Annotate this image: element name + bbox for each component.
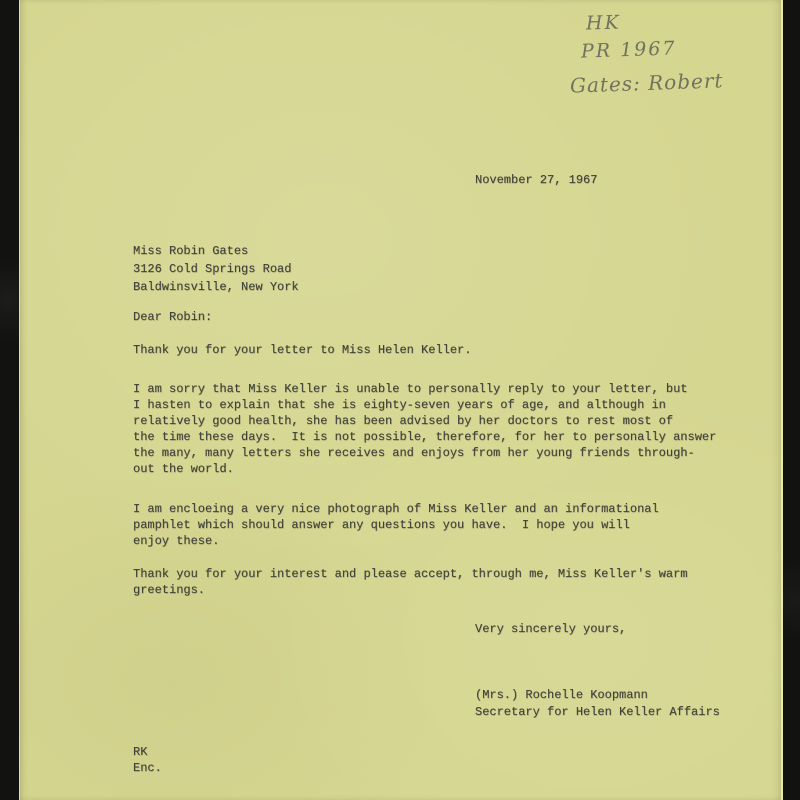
handwritten-annotation-pr-1967: PR 1967 <box>581 37 677 62</box>
handwritten-annotation-gates-robert: Gates: Robert <box>570 68 724 97</box>
salutation: Dear Robin: <box>133 309 212 325</box>
signature-block: (Mrs.) Rochelle Koopmann Secretary for H… <box>475 687 720 721</box>
recipient-address: Miss Robin Gates 3126 Cold Springs Road … <box>133 242 299 296</box>
closing-valediction: Very sincerely yours, <box>475 621 626 637</box>
body-paragraph-3: I am encloeing a very nice photograph of… <box>133 501 659 549</box>
letter-date: November 27, 1967 <box>475 172 597 188</box>
body-paragraph-4: Thank you for your interest and please a… <box>133 566 688 598</box>
scan-background: HK PR 1967 Gates: Robert November 27, 19… <box>0 0 800 800</box>
letter-paper: HK PR 1967 Gates: Robert November 27, 19… <box>19 0 783 800</box>
reference-initials-block: RK Enc. <box>133 744 162 776</box>
body-paragraph-2: I am sorry that Miss Keller is unable to… <box>133 381 716 477</box>
handwritten-annotation-hk: HK <box>586 12 621 35</box>
body-paragraph-1: Thank you for your letter to Miss Helen … <box>133 342 471 358</box>
